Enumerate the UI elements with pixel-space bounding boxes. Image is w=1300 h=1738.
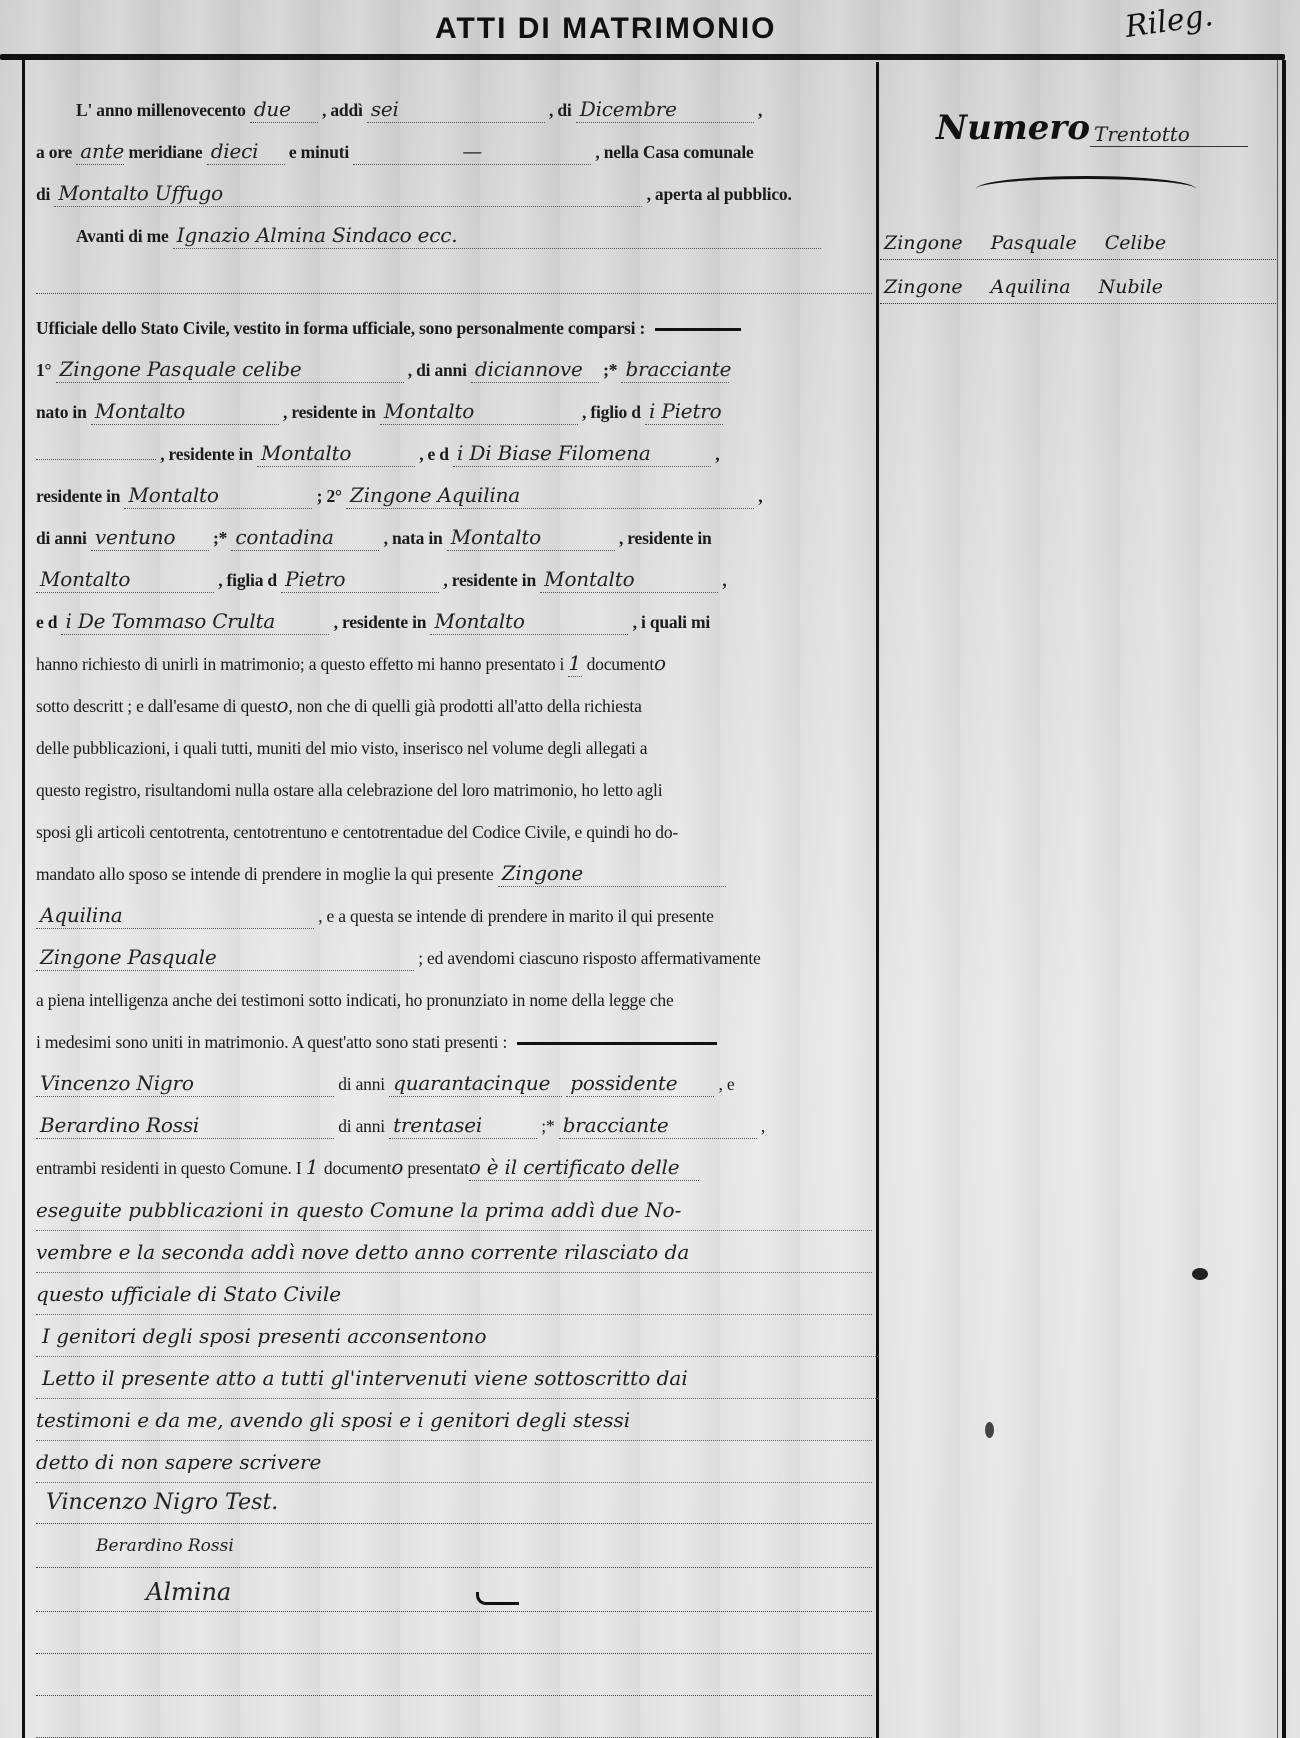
ink-blot	[1192, 1268, 1208, 1280]
field-groom-occupation: bracciante	[621, 356, 729, 383]
field-groom-father-residence: Montalto	[257, 440, 415, 467]
witness-1: Vincenzo Nigro di anni quarantacinque po…	[36, 1064, 872, 1104]
field-groom-residence: Montalto	[380, 398, 578, 425]
label-minuti: e minuti	[289, 142, 349, 162]
label-di-anni: di anni	[338, 1074, 385, 1094]
field-bride-surname: Zingone	[498, 860, 726, 887]
comma: , e	[718, 1074, 734, 1094]
field-bride-given: Aquilina	[36, 902, 314, 929]
separator: ;*	[603, 360, 617, 380]
numero-value: Trentotto	[1090, 122, 1248, 147]
handwritten-line-2: vembre e la seconda addì nove detto anno…	[36, 1232, 872, 1273]
text: document	[324, 1158, 391, 1178]
label-ufficiale: Ufficiale dello Stato Civile, vestito in…	[36, 318, 645, 338]
line-bride-1: residente in Montalto ; 2° Zingone Aquil…	[36, 476, 872, 516]
field-bride-mother-residence: Montalto	[430, 608, 628, 635]
signature-officiant: Almina	[146, 1578, 231, 1606]
field-groom-father: i Pietro	[645, 398, 723, 425]
line-groom-2: nato in Montalto , residente in Montalto…	[36, 392, 872, 432]
field-year: due	[250, 96, 318, 123]
text: mandato allo sposo se intende di prender…	[36, 864, 494, 884]
body-line-5: sposi gli articoli centotrenta, centotre…	[36, 812, 872, 852]
line-bride-3: Montalto , figlia d Pietro , residente i…	[36, 560, 872, 600]
register-page: ATTI DI MATRIMONIO Rileg. L' anno millen…	[0, 0, 1300, 1738]
field-bride-birthplace: Montalto	[447, 524, 615, 551]
label-e-d: , e d	[419, 444, 449, 464]
label-nato-in: nato in	[36, 402, 87, 422]
field-officiant: Ignazio Almina Sindaco ecc.	[173, 222, 821, 249]
handwritten-line-5: Letto il presente atto a tutti gl'interv…	[36, 1358, 878, 1399]
line-groom-3: , residente in Montalto , e d i Di Biase…	[36, 434, 872, 474]
label-di-anni: , di anni	[408, 360, 467, 380]
line-bride-2: di anni ventuno ;* contadina , nata in M…	[36, 518, 872, 558]
field-suffix: o	[391, 1154, 403, 1180]
signature-line-1	[36, 1522, 872, 1524]
frame-right-border	[1282, 60, 1286, 1738]
field-month: Dicembre	[576, 96, 754, 123]
field-bride-age: ventuno	[91, 524, 209, 551]
label-di-anni: di anni	[338, 1116, 385, 1136]
witness-1-age: quarantacinque	[389, 1070, 562, 1097]
line-date: L' anno millenovecento due , addì sei , …	[36, 90, 912, 130]
end-rule	[517, 1042, 717, 1045]
label-anno: L' anno millenovecento	[76, 100, 246, 120]
label-di: , di	[549, 100, 572, 120]
witness-2-name: Berardino Rossi	[36, 1112, 334, 1139]
label-nata-in: , nata in	[384, 528, 443, 548]
field-minutes: —	[353, 138, 591, 165]
line-ufficiale: Ufficiale dello Stato Civile, vestito in…	[36, 308, 872, 348]
text: , e a questa se intende di prendere in m…	[318, 906, 714, 926]
witness-2-occupation: bracciante	[559, 1112, 757, 1139]
text: sotto descritt ; e dall'esame di quest	[36, 696, 277, 716]
field-day: sei	[367, 96, 545, 123]
text: entrambi residenti in questo Comune. I	[36, 1158, 302, 1178]
decorative-flourish	[976, 176, 1196, 189]
comma: ,	[758, 486, 762, 506]
column-divider	[876, 62, 879, 1738]
comma: ,	[715, 444, 719, 464]
field-document-description: o è il certificato delle	[469, 1154, 699, 1181]
field-bride-father: Pietro	[281, 566, 439, 593]
field-suffix: o	[654, 650, 666, 676]
signature-witness-2: Berardino Rossi	[96, 1536, 234, 1556]
field-document-count: 1	[306, 1154, 320, 1180]
field-town: Montalto Uffugo	[54, 180, 642, 207]
label-avanti: Avanti di me	[76, 226, 169, 246]
blank-dots	[36, 443, 156, 460]
field-bride-father-residence: Montalto	[540, 566, 718, 593]
body-line-9: a piena intelligenza anche dei testimoni…	[36, 980, 872, 1020]
label-figlio-d: , figlio d	[582, 402, 641, 422]
separator: ;*	[213, 528, 227, 548]
field-groom-full: Zingone Pasquale	[36, 944, 414, 971]
text: ; ed avendomi ciascuno risposto affermat…	[418, 948, 760, 968]
label-aperta: , aperta al pubblico.	[647, 184, 792, 204]
body-line-2: sotto descritt ; e dall'esame di questo,…	[36, 686, 872, 726]
body-line-6: mandato allo sposo se intende di prender…	[36, 854, 872, 894]
text: hanno richiesto di unirli in matrimonio;…	[36, 654, 564, 674]
line-bride-4: e d i De Tommaso Crulta , residente in M…	[36, 602, 872, 642]
body-line-8: Zingone Pasquale ; ed avendomi ciascuno …	[36, 938, 872, 978]
label-residente-in: , residente in	[443, 570, 536, 590]
witness-2-age: trentasei	[389, 1112, 537, 1139]
separator: ;*	[541, 1116, 554, 1136]
text: , non che di quelli già prodotti all'att…	[288, 696, 641, 716]
entry-surname: Zingone	[884, 232, 963, 254]
numero-label: Numero	[936, 108, 1090, 148]
ink-blot	[985, 1422, 994, 1438]
end-rule	[655, 328, 741, 331]
blank-ruled-line	[36, 292, 872, 294]
body-line-1: hanno richiesto di unirli in matrimonio;…	[36, 644, 872, 684]
label-residente-in: , residente in	[283, 402, 376, 422]
field-hour: dieci	[207, 138, 285, 165]
field-groom-birthplace: Montalto	[91, 398, 279, 425]
label-a-ore: a ore	[36, 142, 72, 162]
field-bride-name: Zingone Aquilina	[346, 482, 754, 509]
comma: ,	[722, 570, 726, 590]
label-e-d: e d	[36, 612, 57, 632]
handwritten-line-3: questo ufficiale di Stato Civile	[36, 1274, 872, 1315]
comma: ,	[758, 100, 762, 120]
field-bride-mother: i De Tommaso Crulta	[61, 608, 329, 635]
entry-surname: Zingone	[884, 276, 963, 298]
body-line-4: questo registro, risultandomi nulla osta…	[36, 770, 872, 810]
signature-line-4	[36, 1652, 872, 1654]
label-addi: , addì	[322, 100, 363, 120]
top-border-rule	[0, 54, 1285, 60]
closing-line-1: entrambi residenti in questo Comune. I 1…	[36, 1148, 872, 1188]
label-di: di	[36, 184, 50, 204]
handwritten-line-6: testimoni e da me, avendo gli sposi e i …	[36, 1400, 872, 1441]
margin-entry-groom: Zingone Pasquale Celibe	[880, 226, 1276, 260]
label-residente-in: , residente in	[619, 528, 712, 548]
field-ore-type: ante	[76, 138, 124, 165]
handwritten-line-1: eseguite pubblicazioni in questo Comune …	[36, 1190, 872, 1231]
field-document-count: 1	[568, 650, 582, 677]
label-meridiane: meridiane	[128, 142, 202, 162]
body-line-7: Aquilina , e a questa se intende di pren…	[36, 896, 872, 936]
field-groom-mother-residence: Montalto	[124, 482, 312, 509]
field-bride-residence: Montalto	[36, 566, 214, 593]
signature-flourish	[476, 1592, 519, 1605]
body-line-10: i medesimi sono uniti in matrimonio. A q…	[36, 1022, 872, 1062]
label-residente-in: , residente in	[334, 612, 427, 632]
signature-witness-1: Vincenzo Nigro Test.	[46, 1490, 278, 1515]
field-groom-mother: i Di Biase Filomena	[453, 440, 711, 467]
handwritten-line-7: detto di non sapere scrivere	[36, 1442, 872, 1483]
entry-given-name: Pasquale	[991, 232, 1077, 254]
line-officiant: Avanti di me Ignazio Almina Sindaco ecc.	[36, 216, 912, 256]
signature-line-2	[36, 1566, 872, 1568]
signature-line-3	[36, 1610, 872, 1612]
body-line-3: delle pubblicazioni, i quali tutti, muni…	[36, 728, 872, 768]
label-groom-number: 1°	[36, 360, 51, 380]
witness-2: Berardino Rossi di anni trentasei ;* bra…	[36, 1106, 872, 1146]
handwritten-line-4: I genitori degli sposi presenti acconsen…	[36, 1316, 878, 1357]
line-time: a ore ante meridiane dieci e minuti — , …	[36, 132, 872, 172]
field-groom-age: diciannove	[471, 356, 599, 383]
line-place: di Montalto Uffugo , aperta al pubblico.	[36, 174, 872, 214]
line-groom-1: 1° Zingone Pasquale celibe , di anni dic…	[36, 350, 872, 390]
label-casa-comunale: , nella Casa comunale	[595, 142, 753, 162]
signature-line-5	[36, 1694, 872, 1696]
text: presentat	[407, 1158, 468, 1178]
entry-status: Celibe	[1105, 232, 1166, 254]
witness-1-name: Vincenzo Nigro	[36, 1070, 334, 1097]
witness-1-occupation: possidente	[566, 1070, 714, 1097]
label-figlia-d: , figlia d	[218, 570, 277, 590]
label-bride-number: ; 2°	[317, 486, 342, 506]
field-suffix: o	[277, 692, 289, 718]
text: document	[587, 654, 654, 674]
frame-right-inner-border	[1277, 60, 1278, 1738]
entry-given-name: Aquilina	[991, 276, 1071, 298]
comma: ,	[761, 1116, 765, 1136]
field-bride-occupation: contadina	[231, 524, 379, 551]
label-residente-in: residente in	[36, 486, 120, 506]
corner-annotation: Rileg.	[1123, 0, 1215, 45]
text: i medesimi sono uniti in matrimonio. A q…	[36, 1032, 507, 1052]
margin-entry-bride: Zingone Aquilina Nubile	[880, 270, 1276, 304]
register-title: ATTI DI MATRIMONIO	[435, 12, 777, 46]
field-groom-name: Zingone Pasquale celibe	[56, 356, 404, 383]
label-i-quali-mi: , i quali mi	[633, 612, 710, 632]
label-residente-in: , residente in	[160, 444, 253, 464]
frame-left-border	[22, 60, 25, 1738]
entry-status: Nubile	[1099, 276, 1163, 298]
label-di-anni: di anni	[36, 528, 87, 548]
